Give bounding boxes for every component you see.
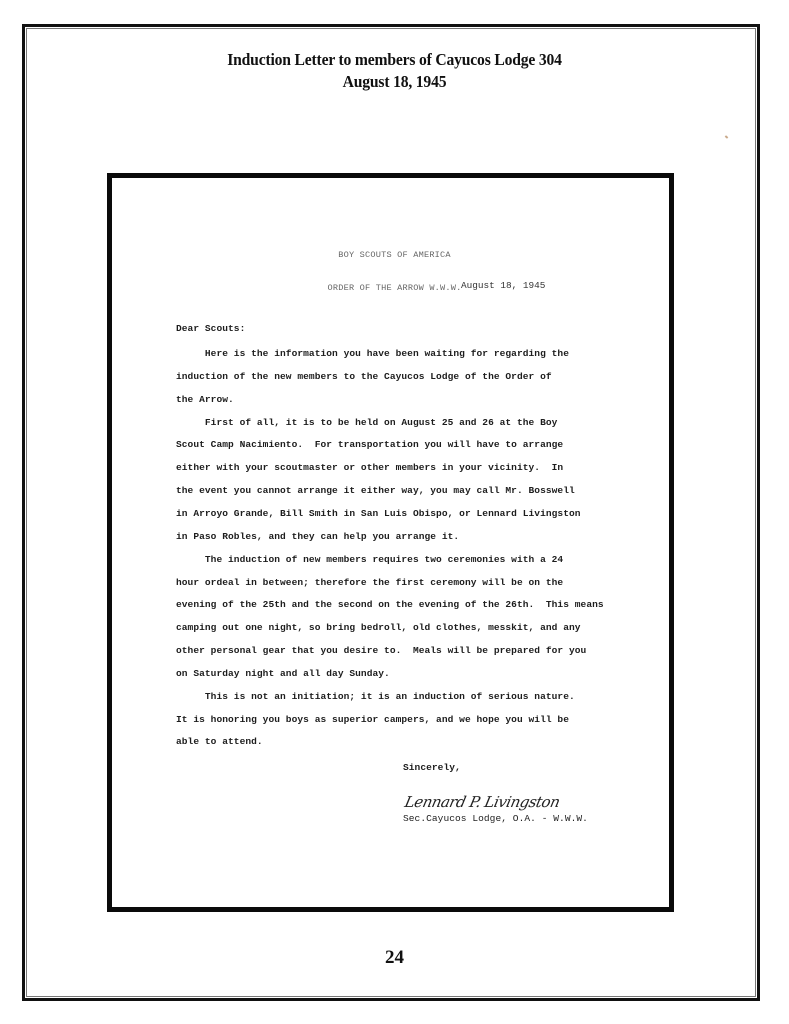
letter-closing: Sincerely,	[403, 762, 461, 773]
letter-line: in Paso Robles, and they can help you ar…	[176, 531, 459, 542]
letter-salutation: Dear Scouts:	[176, 323, 245, 334]
letter-line: either with your scoutmaster or other me…	[176, 462, 563, 473]
letter-line: induction of the new members to the Cayu…	[176, 371, 552, 382]
handwritten-signature: Lennard P. Livingston	[403, 793, 561, 811]
page-title: Induction Letter to members of Cayucos L…	[32, 50, 758, 70]
letter-line: Scout Camp Nacimiento. For transportatio…	[176, 439, 563, 450]
letter-date: August 18, 1945	[461, 280, 545, 291]
letter-line: It is honoring you boys as superior camp…	[176, 714, 569, 725]
letter-line: camping out one night, so bring bedroll,…	[176, 622, 581, 633]
letter-line: The induction of new members requires tw…	[176, 554, 563, 565]
letter-line: in Arroyo Grande, Bill Smith in San Luis…	[176, 508, 581, 519]
letter-line: First of all, it is to be held on August…	[176, 417, 557, 428]
letter-line: This is not an initiation; it is an indu…	[176, 691, 575, 702]
page-number: 24	[0, 947, 789, 969]
letter-line: hour ordeal in between; therefore the fi…	[176, 577, 563, 588]
letter-line: evening of the 25th and the second on th…	[176, 599, 604, 610]
signature-title: Sec.Cayucos Lodge, O.A. - W.W.W.	[403, 813, 588, 824]
letter-line: on Saturday night and all day Sunday.	[176, 668, 390, 679]
letterhead: BOY SCOUTS OF AMERICA ORDER OF THE ARROW…	[0, 228, 789, 305]
letter-line: other personal gear that you desire to. …	[176, 645, 586, 656]
page-subtitle-date: August 18, 1945	[32, 72, 758, 92]
letterhead-line-2: ORDER OF THE ARROW W.W.W.	[0, 283, 789, 294]
letter-line: the Arrow.	[176, 394, 234, 405]
letter-line: the event you cannot arrange it either w…	[176, 485, 575, 496]
letterhead-line-1: BOY SCOUTS OF AMERICA	[0, 250, 789, 261]
letter-line: able to attend.	[176, 736, 263, 747]
letter-line: Here is the information you have been wa…	[176, 348, 569, 359]
